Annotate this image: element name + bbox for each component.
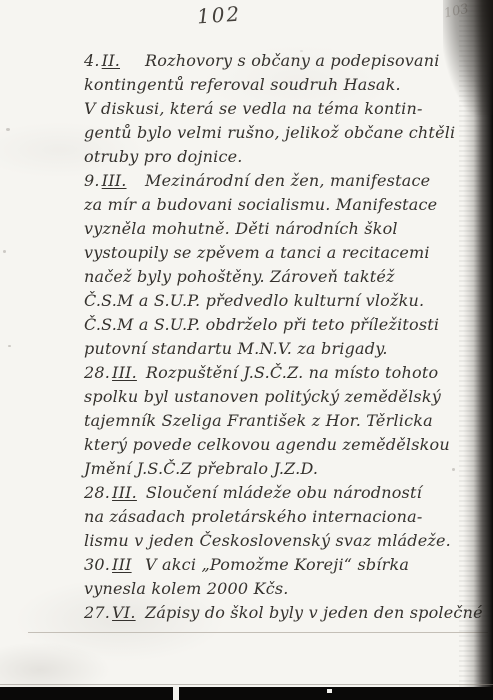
- line-text: spolku byl ustanoven politýcký zemědělsk…: [84, 387, 441, 406]
- handwriting-line: kontingentů referoval soudruh Hasak.: [84, 73, 483, 97]
- line-text: za mír a budovani socialismu. Manifestac…: [84, 195, 437, 214]
- entry-date: 28.III.: [84, 361, 137, 385]
- line-text: Zápisy do škol byly v jeden den společné: [145, 603, 483, 622]
- handwriting-lines: 4.II.Rozhovory s občany a podepisovaniko…: [84, 49, 483, 625]
- line-text: vyzněla mohutně. Děti národních škol: [84, 219, 398, 238]
- scan-edge-shadow-top-right: [443, 0, 493, 115]
- line-text: putovní standartu M.N.V. za brigady.: [84, 339, 388, 358]
- entry-date-month-roman: III.: [112, 483, 137, 502]
- scan-speck: [300, 50, 303, 52]
- scan-speck: [452, 468, 455, 471]
- entry-date-month-roman: II.: [102, 51, 120, 70]
- handwriting-line: 30.IIIV akci „Pomožme Koreji“ sbírka: [84, 553, 483, 577]
- entry-date-day: 4.: [84, 51, 100, 70]
- line-text: lismu v jeden Československý svaz mládež…: [84, 531, 451, 550]
- handwriting-line: který povede celkovou agendu zemědělskou: [84, 433, 483, 457]
- line-text: vynesla kolem 2000 Kčs.: [84, 579, 289, 598]
- scan-bottom-rule: [0, 684, 493, 685]
- line-text: Mezinárodní den žen, manifestace: [145, 171, 430, 190]
- line-text: otruby pro dojnice.: [84, 147, 243, 166]
- entry-date-month-roman: III.: [102, 171, 127, 190]
- line-text: Rozhovory s občany a podepisovani: [145, 51, 440, 70]
- scan-speck: [6, 128, 10, 131]
- handwriting-line: 27.VI.Zápisy do škol byly v jeden den sp…: [84, 601, 483, 625]
- line-text: na zásadach proletárského internaciona-: [84, 507, 422, 526]
- line-text: kontingentů referoval soudruh Hasak.: [84, 75, 401, 94]
- line-text: gentů bylo velmi rušno, jelikož občane c…: [84, 123, 455, 142]
- handwriting-line: gentů bylo velmi rušno, jelikož občane c…: [84, 121, 483, 145]
- handwriting-line: Č.S.M a S.U.P. obdrželo při teto příleži…: [84, 313, 483, 337]
- handwriting-line: načež byly pohoštěny. Zároveň taktéž: [84, 265, 483, 289]
- scan-band-notch: [173, 687, 179, 700]
- entry-date-month-roman: VI.: [112, 603, 136, 622]
- handwriting-line: vynesla kolem 2000 Kčs.: [84, 577, 483, 601]
- handwriting-line: vystoupily se zpěvem a tanci a recitacem…: [84, 241, 483, 265]
- scan-speck: [3, 250, 6, 253]
- line-text: Sloučení mládeže obu národností: [146, 483, 422, 502]
- handwriting-line: V diskusi, která se vedla na téma kontin…: [84, 97, 483, 121]
- scan-fold-line: [28, 632, 488, 633]
- handwriting-line: 4.II.Rozhovory s občany a podepisovani: [84, 49, 483, 73]
- entry-date-day: 30.: [84, 555, 110, 574]
- line-text: V akci „Pomožme Koreji“ sbírka: [145, 555, 409, 574]
- entry-date: 4.II.: [84, 49, 136, 73]
- handwriting-line: tajemník Szeliga František z Hor. Těrlic…: [84, 409, 483, 433]
- handwriting-line: vyzněla mohutně. Děti národních škol: [84, 217, 483, 241]
- handwriting-line: Č.S.M a S.U.P. předvedlo kulturní vložku…: [84, 289, 483, 313]
- entry-date-day: 28.: [84, 363, 110, 382]
- line-text: Jmění J.S.Č.Z přebralo J.Z.D.: [84, 459, 318, 478]
- handwriting-line: 28.III.Sloučení mládeže obu národností: [84, 481, 483, 505]
- handwriting-line: Jmění J.S.Č.Z přebralo J.Z.D.: [84, 457, 483, 481]
- handwriting-line: 9.III.Mezinárodní den žen, manifestace: [84, 169, 483, 193]
- handwriting-line: putovní standartu M.N.V. za brigady.: [84, 337, 483, 361]
- line-text: Rozpuštění J.S.Č.Z. na místo tohoto: [146, 363, 438, 382]
- line-text: který povede celkovou agendu zemědělskou: [84, 435, 450, 454]
- line-text: vystoupily se zpěvem a tanci a recitacem…: [84, 243, 430, 262]
- entry-date-month-roman: III: [112, 555, 132, 574]
- scanned-document-page: 102 103 4.II.Rozhovory s občany a podepi…: [0, 0, 493, 700]
- line-text: V diskusi, která se vedla na téma kontin…: [84, 99, 423, 118]
- handwriting-line: otruby pro dojnice.: [84, 145, 483, 169]
- scan-speck: [8, 345, 11, 347]
- entry-date-day: 9.: [84, 171, 100, 190]
- handwriting-line: lismu v jeden Československý svaz mládež…: [84, 529, 483, 553]
- entry-date: 27.VI.: [84, 601, 136, 625]
- line-text: načež byly pohoštěny. Zároveň taktéž: [84, 267, 395, 286]
- entry-date: 30.III: [84, 553, 136, 577]
- scan-band-dot: [327, 689, 332, 693]
- page-number: 102: [196, 1, 242, 28]
- scan-bottom-black-band: [0, 687, 493, 700]
- line-text: Č.S.M a S.U.P. obdrželo při teto příleži…: [84, 315, 439, 334]
- handwriting-line: na zásadach proletárského internaciona-: [84, 505, 483, 529]
- entry-date-day: 27.: [84, 603, 110, 622]
- entry-date-month-roman: III.: [112, 363, 137, 382]
- entry-date-day: 28.: [84, 483, 110, 502]
- line-text: Č.S.M a S.U.P. předvedlo kulturní vložku…: [84, 291, 424, 310]
- handwriting-line: 28.III.Rozpuštění J.S.Č.Z. na místo toho…: [84, 361, 483, 385]
- handwriting-line: spolku byl ustanoven politýcký zemědělsk…: [84, 385, 483, 409]
- entry-date: 28.III.: [84, 481, 137, 505]
- entry-date: 9.III.: [84, 169, 136, 193]
- line-text: tajemník Szeliga František z Hor. Těrlic…: [84, 411, 433, 430]
- handwriting-line: za mír a budovani socialismu. Manifestac…: [84, 193, 483, 217]
